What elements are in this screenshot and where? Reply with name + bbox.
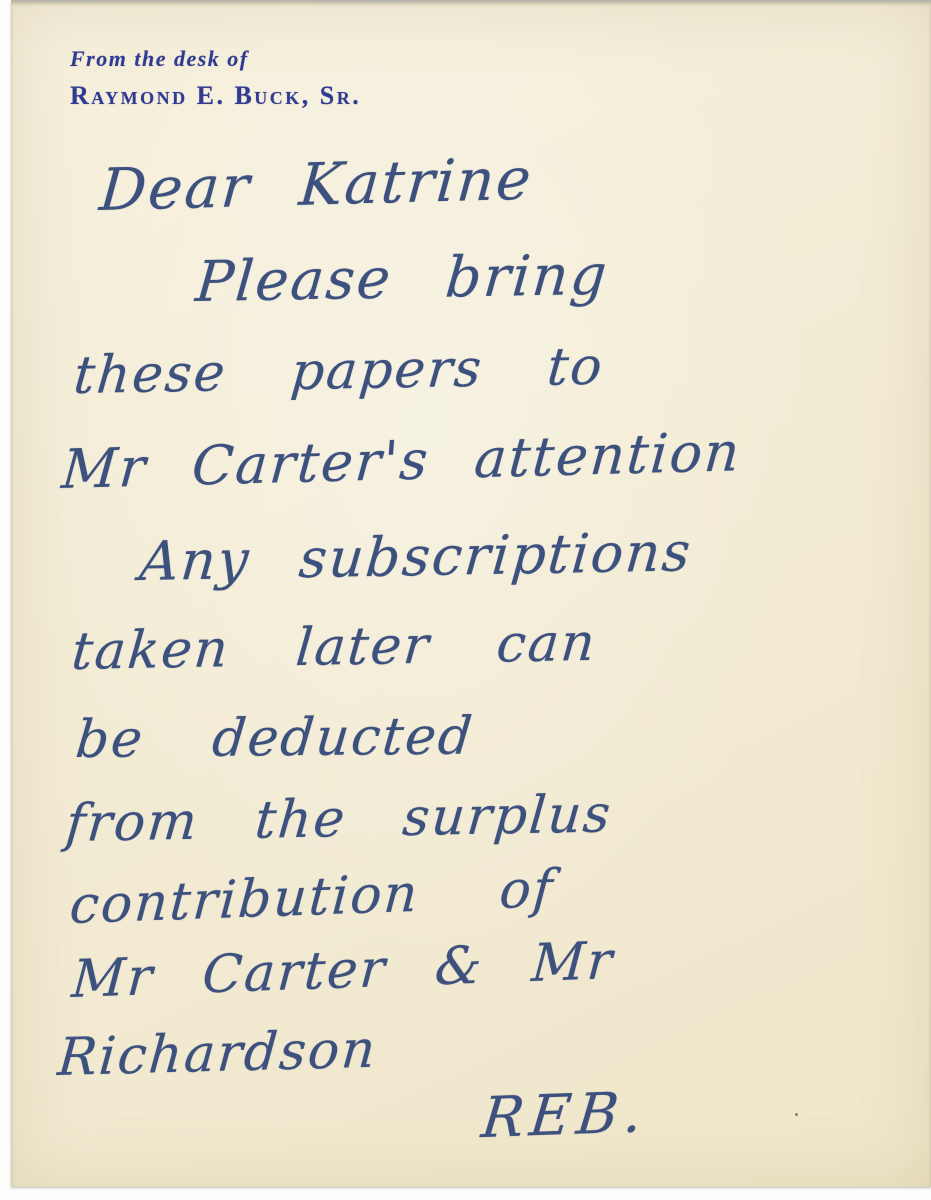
scan-top-edge — [11, 0, 931, 2]
letterhead-name: Raymond E. Buck, Sr. — [70, 81, 361, 111]
note-line-2: Please bring — [193, 243, 611, 315]
note-line-salutation: Dear Katrine — [97, 145, 535, 224]
note-line-11: Richardson — [56, 1020, 380, 1088]
signature-initials: REB. — [479, 1080, 652, 1151]
letterhead: From the desk of Raymond E. Buck, Sr. — [70, 46, 361, 111]
scanned-note: From the desk of Raymond E. Buck, Sr. De… — [0, 0, 931, 1200]
note-line-8: from the surplus — [63, 784, 614, 854]
note-line-5: Any subscriptions — [137, 520, 695, 593]
paper-speck — [795, 1113, 798, 1116]
note-line-6: taken later can — [69, 613, 599, 682]
note-line-3: these papers to — [71, 337, 606, 406]
letterhead-from-the-desk-of: From the desk of — [70, 46, 361, 72]
note-line-7: be deducted — [73, 707, 476, 771]
